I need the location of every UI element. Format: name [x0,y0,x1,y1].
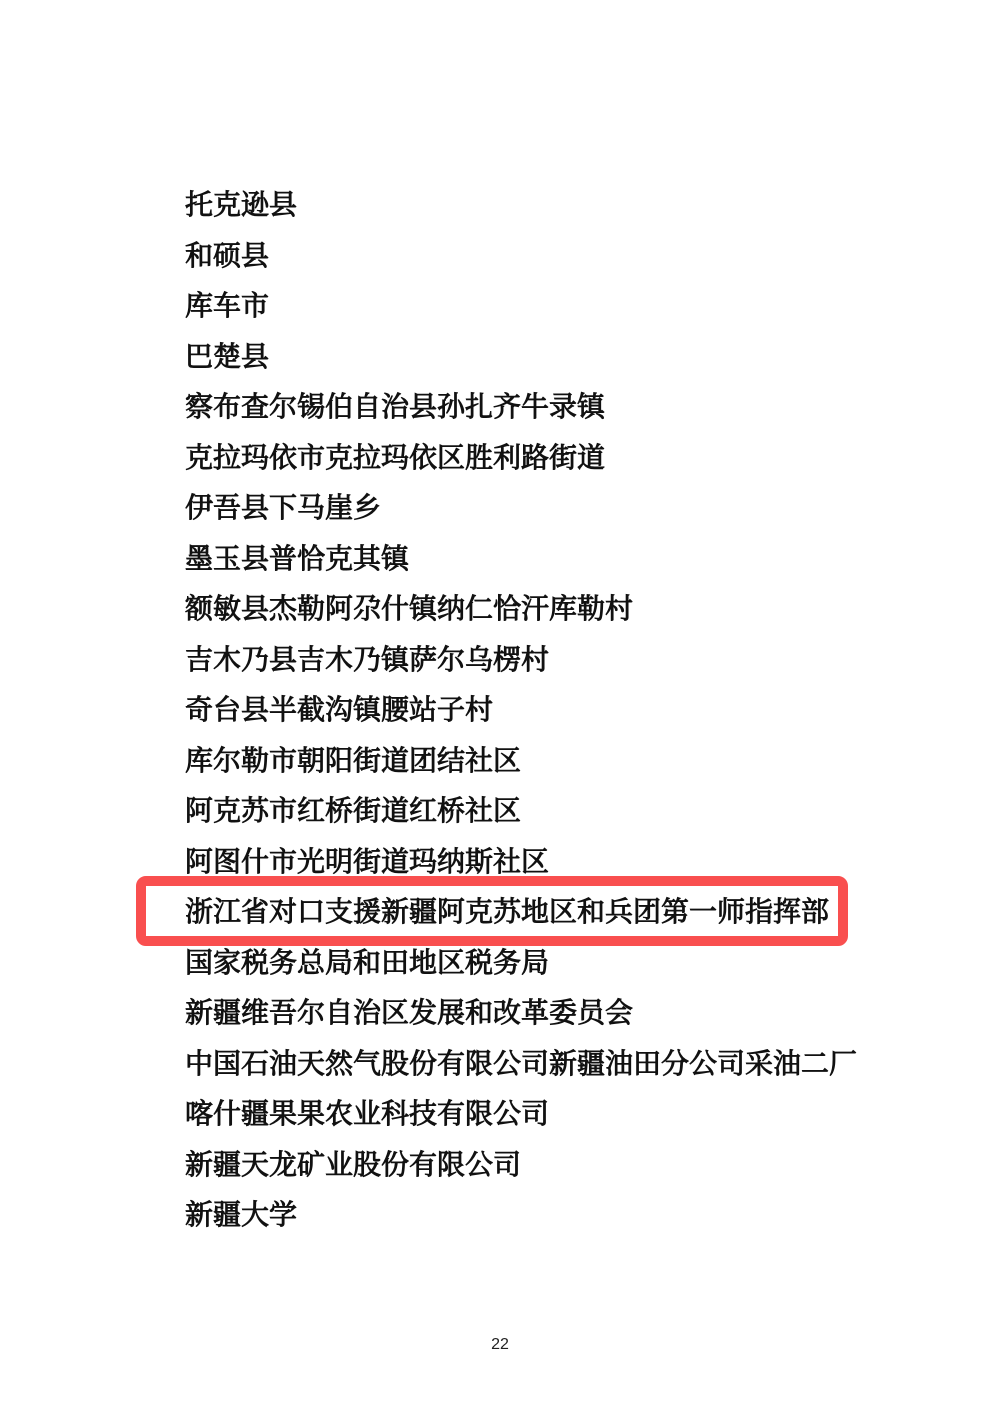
list-item: 托克逊县 [185,178,857,229]
list-item: 新疆大学 [185,1188,857,1239]
list-item: 阿克苏市红桥街道红桥社区 [185,784,857,835]
list-item: 克拉玛依市克拉玛依区胜利路街道 [185,431,857,482]
list-item: 库尔勒市朝阳街道团结社区 [185,734,857,785]
list-item: 新疆维吾尔自治区发展和改革委员会 [185,986,857,1037]
list-item: 额敏县杰勒阿尕什镇纳仁恰汗库勒村 [185,582,857,633]
list-item: 伊吾县下马崖乡 [185,481,857,532]
list-item: 中国石油天然气股份有限公司新疆油田分公司采油二厂 [185,1037,857,1088]
list-item: 浙江省对口支援新疆阿克苏地区和兵团第一师指挥部 [185,885,857,936]
list-item: 喀什疆果果农业科技有限公司 [185,1087,857,1138]
document-page: 托克逊县和硕县库车市巴楚县察布查尔锡伯自治县孙扎齐牛录镇克拉玛依市克拉玛依区胜利… [0,0,1000,1415]
list-item: 吉木乃县吉木乃镇萨尔乌楞村 [185,633,857,684]
list-item: 新疆天龙矿业股份有限公司 [185,1138,857,1189]
page-number: 22 [0,1336,1000,1354]
list-item: 国家税务总局和田地区税务局 [185,936,857,987]
list-item: 阿图什市光明街道玛纳斯社区 [185,835,857,886]
list-item: 察布查尔锡伯自治县孙扎齐牛录镇 [185,380,857,431]
list-item: 巴楚县 [185,330,857,381]
list-item: 和硕县 [185,229,857,280]
list-item: 库车市 [185,279,857,330]
list-item: 墨玉县普恰克其镇 [185,532,857,583]
list-item: 奇台县半截沟镇腰站子村 [185,683,857,734]
entity-list: 托克逊县和硕县库车市巴楚县察布查尔锡伯自治县孙扎齐牛录镇克拉玛依市克拉玛依区胜利… [185,178,857,1239]
